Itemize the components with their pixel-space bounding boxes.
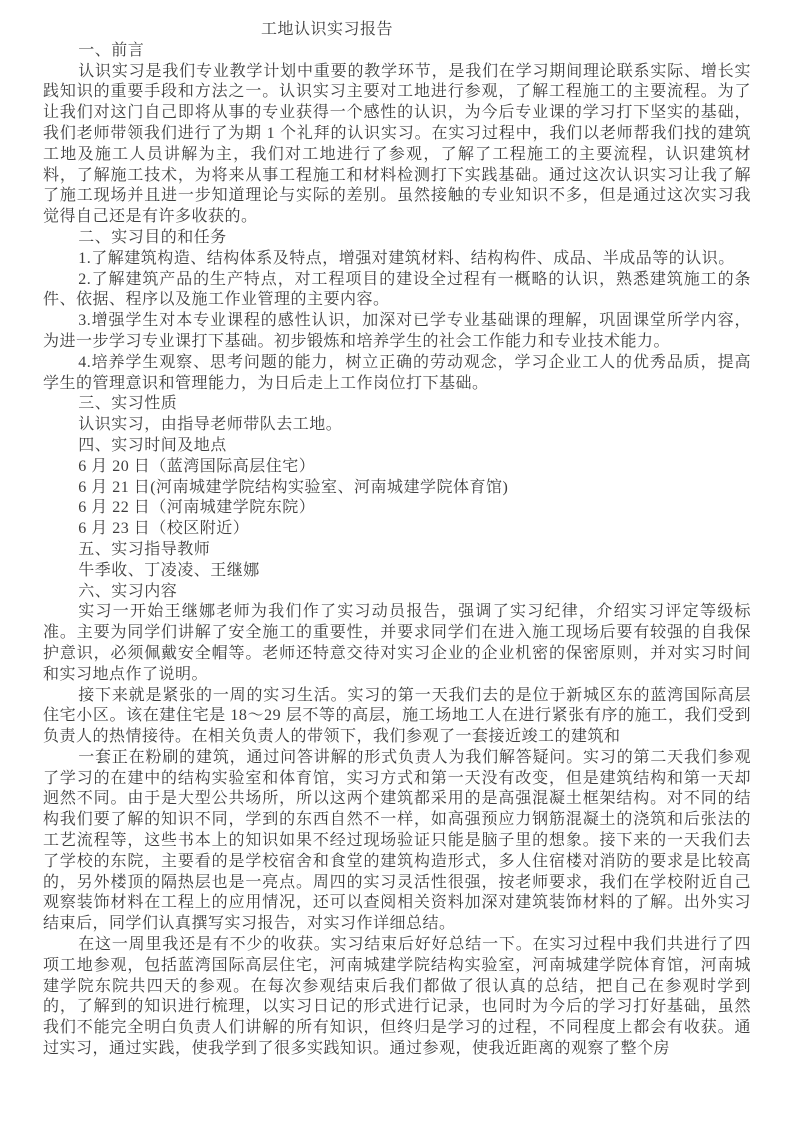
document-paragraph-section-heading: 四、实习时间及地点 xyxy=(43,436,751,457)
document-paragraph-body-line: 认识实习，由指导老师带队去工地。 xyxy=(43,415,751,436)
document-paragraph-date-line: 6 月 23 日（校区附近） xyxy=(43,519,751,540)
document-paragraph-body: 接下来就是紧张的一周的实习生活。实习的第一天我们去的是位于新城区东的蓝湾国际高层… xyxy=(43,686,751,748)
document-paragraph-section-heading: 三、实习性质 xyxy=(43,394,751,415)
document-title: 工地认识实习报告 xyxy=(261,20,751,41)
document-paragraph-list-item: 3.增强学生对本专业课程的感性认识，加深对已学专业基础课的理解，巩固课堂所学内容… xyxy=(43,311,751,353)
document-paragraph-body: 认识实习是我们专业教学计划中重要的教学环节，是我们在学习期间理论联系实际、增长实… xyxy=(43,62,751,228)
document-paragraph-section-heading: 二、实习目的和任务 xyxy=(43,228,751,249)
document-paragraph-list-item: 4.培养学生观察、思考问题的能力，树立正确的劳动观念，学习企业工人的优秀品质，提… xyxy=(43,353,751,395)
document-page: 工地认识实习报告 一、前言认识实习是我们专业教学计划中重要的教学环节，是我们在学… xyxy=(0,0,794,1123)
document-paragraph-list-item: 2.了解建筑产品的生产特点，对工程项目的建设全过程有一概略的认识，熟悉建筑施工的… xyxy=(43,270,751,312)
document-body: 一、前言认识实习是我们专业教学计划中重要的教学环节，是我们在学习期间理论联系实际… xyxy=(43,41,751,1060)
document-paragraph-list-item: 1.了解建筑构造、结构体系及特点，增强对建筑材料、结构构件、成品、半成品等的认识… xyxy=(43,249,751,270)
document-paragraph-section-heading: 六、实习内容 xyxy=(43,582,751,603)
document-paragraph-body-line: 牛季收、丁凌凌、王继娜 xyxy=(43,561,751,582)
document-paragraph-body: 一套正在粉刷的建筑，通过问答讲解的形式负责人为我们解答疑问。实习的第二天我们参观… xyxy=(43,748,751,935)
document-paragraph-date-line: 6 月 20 日（蓝湾国际高层住宅） xyxy=(43,457,751,478)
document-paragraph-body: 在这一周里我还是有不少的收获。实习结束后好好总结一下。在实习过程中我们共进行了四… xyxy=(43,935,751,1060)
document-paragraph-date-line: 6 月 22 日（河南城建学院东院） xyxy=(43,498,751,519)
document-paragraph-body: 实习一开始王继娜老师为我们作了实习动员报告，强调了实习纪律，介绍实习评定等级标准… xyxy=(43,602,751,685)
document-paragraph-section-heading: 一、前言 xyxy=(43,41,751,62)
document-paragraph-section-heading: 五、实习指导教师 xyxy=(43,540,751,561)
document-paragraph-date-line: 6 月 21 日(河南城建学院结构实验室、河南城建学院体育馆) xyxy=(43,478,751,499)
